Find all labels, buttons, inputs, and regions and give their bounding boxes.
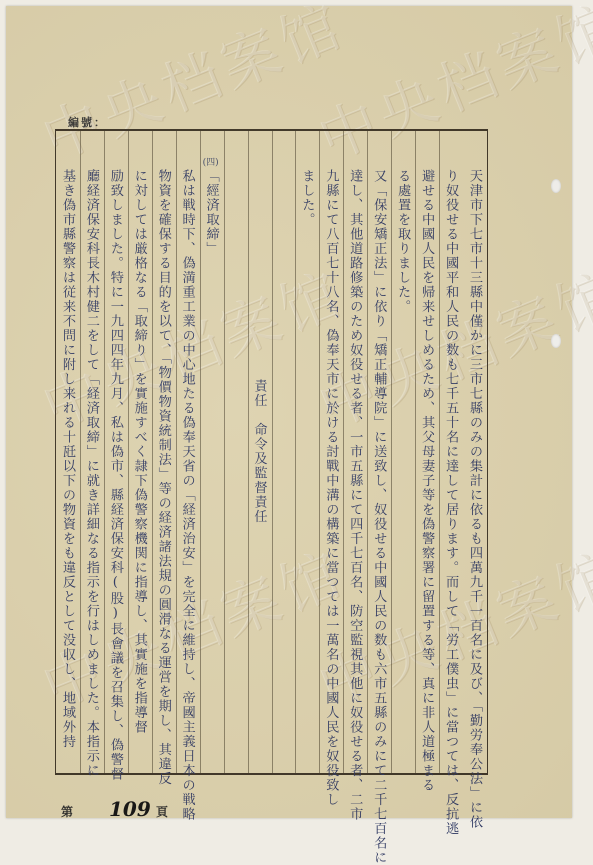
text-column: 又「保安矯正法」に依り「矯正輔導院」に送致し、奴役せる中國人民の数も六市五縣のみ… — [367, 131, 391, 773]
column-text: 物資を確保する目的を以て、「物價物資統制法」等の経済諸法規の圓滑なる運営を期し、… — [153, 169, 176, 786]
column-text: 基き偽市縣警察は従来不問に附し来れる十瓩以下の物資をも違反として没収し、地域外持 — [56, 169, 80, 749]
page-suffix: 頁 — [156, 803, 168, 820]
text-column: 天津市下七市十三縣中僅かに三市七縣のみの集計に依るも四萬九千一百名に及び、「勤労… — [463, 131, 487, 773]
text-column: 達し、其他道路修築のため奴役せる者、一市五縣にて四千七百名、防空監視其他に奴役せ… — [343, 131, 367, 773]
manuscript-grid: 天津市下七市十三縣中僅かに三市七縣のみの集計に依るも四萬九千一百名に及び、「勤労… — [55, 129, 488, 775]
column-text: 避せる中國人民を帰来せしめるため、其父母妻子等を偽警察署に留置する等、真に非人道… — [416, 169, 439, 793]
punch-hole — [551, 334, 561, 348]
text-column: 物資を確保する目的を以て、「物價物資統制法」等の経済諸法規の圓滑なる運営を期し、… — [152, 131, 176, 773]
column-text: 責任 命令及監督責任 — [249, 379, 272, 524]
column-text: に対しては厳格なる「取締り」を實施すべく隷下偽警察機関に指導し、其實施を指導督 — [129, 169, 152, 735]
document-page: 中央档案馆 中央档案馆 中央档案馆 中央档案馆 中央档案馆 中央档案馆 編號： … — [6, 6, 572, 818]
column-text: 励致しました。特に一九四四年九月、私は偽市、縣経済保安科(股)長會議を召集し、偽… — [105, 169, 128, 782]
column-text: 私は戦時下、偽満重工業の中心地たる偽奉天省の「経済治安」を完全に維持し、帝國主義… — [177, 169, 200, 822]
text-column: る處置を取りました。 — [391, 131, 415, 773]
text-column: ました。 — [295, 131, 319, 773]
section-marker: (四) — [203, 155, 219, 168]
text-column: 九縣にて八百七十八名、偽奉天市に於ける討戰中溝の構築に當つては一萬名の中國人民を… — [319, 131, 343, 773]
column-text: ました。 — [296, 169, 319, 227]
text-column: 避せる中國人民を帰来せしめるため、其父母妻子等を偽警察署に留置する等、真に非人道… — [415, 131, 439, 773]
text-column: 責任 命令及監督責任 — [248, 131, 272, 773]
text-column: り奴役せる中國平和人民の数も七千五十名に達して居ります。而して「労工僕虫」に當つ… — [439, 131, 463, 773]
column-text: 又「保安矯正法」に依り「矯正輔導院」に送致し、奴役せる中國人民の数も六市五縣のみ… — [368, 169, 391, 826]
text-column: に対しては厳格なる「取締り」を實施すべく隷下偽警察機関に指導し、其實施を指導督 — [128, 131, 152, 773]
text-column: 私は戦時下、偽満重工業の中心地たる偽奉天省の「経済治安」を完全に維持し、帝國主義… — [176, 131, 200, 773]
serial-number-label: 編號： — [68, 114, 107, 130]
page-number: 109 — [109, 797, 151, 821]
column-text: る處置を取りました。 — [392, 169, 415, 314]
text-column: 廳経済保安科長木村健二をして「経済取締」に就き詳細なる指示を行はしめました。本指… — [80, 131, 104, 773]
column-text: 廳経済保安科長木村健二をして「経済取締」に就き詳細なる指示を行はしめました。本指… — [81, 169, 104, 778]
text-column — [272, 131, 296, 773]
column-text: 達し、其他道路修築のため奴役せる者、一市五縣にて四千七百名、防空監視其他に奴役せ… — [344, 169, 367, 822]
column-text: 「經済取締」 — [201, 169, 224, 256]
text-column — [224, 131, 248, 773]
page-prefix: 第 — [61, 803, 73, 820]
text-column: 励致しました。特に一九四四年九月、私は偽市、縣経済保安科(股)長會議を召集し、偽… — [104, 131, 128, 773]
text-column: 基き偽市縣警察は従来不問に附し来れる十瓩以下の物資をも違反として没収し、地域外持 — [56, 131, 80, 773]
text-column: 「經済取締」(四) — [200, 131, 224, 773]
column-text: り奴役せる中國平和人民の数も七千五十名に達して居ります。而して「労工僕虫」に當つ… — [440, 169, 463, 826]
column-text: 天津市下七市十三縣中僅かに三市七縣のみの集計に依るも四萬九千一百名に及び、「勤労… — [463, 169, 487, 826]
punch-hole — [551, 179, 561, 193]
column-text: 九縣にて八百七十八名、偽奉天市に於ける討戰中溝の構築に當つては一萬名の中國人民を… — [320, 169, 343, 807]
